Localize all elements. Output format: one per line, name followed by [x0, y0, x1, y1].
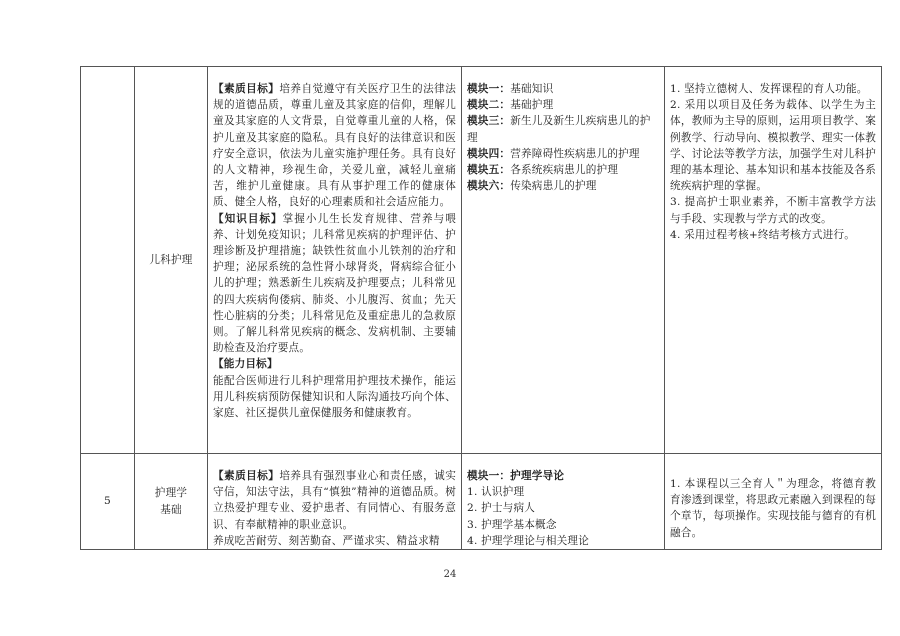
teaching-methods-cell: 1. 坚持立德树人、发挥课程的育人功能。 2. 采用以项目及任务为载体、以学生为…: [665, 67, 882, 454]
ability-goal-label: 【能力目标】: [213, 356, 456, 372]
course-goals-cell: 【素质目标】培养具有强烈事业心和责任感，诚实守信，知法守法，具有“慎独”精神的道…: [208, 454, 462, 550]
module-item: 模块三：新生儿及新生儿疾病患儿的护理: [467, 113, 659, 145]
knowledge-goal-text: 掌握小儿生长发育规律、营养与喂养、计划免疫知识；儿科常见疾病的护理评估、护理诊断…: [213, 213, 456, 355]
method-item: 1. 坚持立德树人、发挥课程的育人功能。: [670, 81, 876, 97]
row-index-cell: 5: [81, 454, 135, 550]
course-name-line: 护理学: [140, 485, 202, 501]
module-subitem: 4. 护理学理论与相关理论: [467, 533, 659, 549]
ability-goal-text: 能配合医师进行儿科护理常用护理技术操作，能运用儿科疾病预防保健知识和人际沟通技巧…: [213, 373, 456, 422]
method-item: 3. 提高护士职业素养，不断丰富教学方法与手段、实现教与学方式的改变。: [670, 194, 876, 226]
quality-goal-paragraph: 【素质目标】培养自觉遵守有关医疗卫生的法律法规的道德品质，尊重儿童及其家庭的信仰…: [213, 81, 456, 211]
curriculum-table: 儿科护理 【素质目标】培养自觉遵守有关医疗卫生的法律法规的道德品质，尊重儿童及其…: [80, 66, 882, 550]
module-item: 模块四：营养障碍性疾病患儿的护理: [467, 146, 659, 162]
course-name-cell: 儿科护理: [135, 67, 208, 454]
module-item: 模块一：基础知识: [467, 81, 659, 97]
course-goals-cell: 【素质目标】培养自觉遵守有关医疗卫生的法律法规的道德品质，尊重儿童及其家庭的信仰…: [208, 67, 462, 454]
module-item: 模块二：基础护理: [467, 97, 659, 113]
module-item: 模块六：传染病患儿的护理: [467, 178, 659, 194]
module-heading: 模块一：护理学导论: [467, 468, 659, 484]
module-subitem: 2. 护士与病人: [467, 500, 659, 516]
knowledge-goal-label: 【知识目标】: [213, 213, 283, 225]
table-row-pediatric-nursing: 儿科护理 【素质目标】培养自觉遵守有关医疗卫生的法律法规的道德品质，尊重儿童及其…: [81, 67, 882, 454]
method-item: 2. 采用以项目及任务为载体、以学生为主体，教师为主导的原则，运用项目教学、案例…: [670, 97, 876, 194]
module-subitem: 1. 认识护理: [467, 484, 659, 500]
page-number: 24: [0, 569, 900, 580]
quality-goal-text: 培养自觉遵守有关医疗卫生的法律法规的道德品质，尊重儿童及其家庭的信仰，理解儿童及…: [213, 83, 456, 208]
row-index-cell: [81, 67, 135, 454]
quality-goal-paragraph: 【素质目标】培养具有强烈事业心和责任感，诚实守信，知法守法，具有“慎独”精神的道…: [213, 468, 456, 533]
method-item: 1. 本课程以三全育人＂为理念，将德育教育渗透到课堂，将思政元素融入到课程的每个…: [670, 476, 876, 541]
document-page: 儿科护理 【素质目标】培养自觉遵守有关医疗卫生的法律法规的道德品质，尊重儿童及其…: [0, 0, 900, 636]
course-name-cell: 护理学 基础: [135, 454, 208, 550]
course-name-line: 基础: [140, 502, 202, 518]
module-item: 模块五：各系统疾病患儿的护理: [467, 162, 659, 178]
table-row-nursing-basics: 5 护理学 基础 【素质目标】培养具有强烈事业心和责任感，诚实守信，知法守法，具…: [81, 454, 882, 550]
module-subitem: 3. 护理学基本概念: [467, 517, 659, 533]
course-modules-cell: 模块一：护理学导论 1. 认识护理 2. 护士与病人 3. 护理学基本概念 4.…: [462, 454, 665, 550]
teaching-methods-cell: 1. 本课程以三全育人＂为理念，将德育教育渗透到课堂，将思政元素融入到课程的每个…: [665, 454, 882, 550]
quality-goal-extra-text: 养成吃苦耐劳、刻苦勤奋、严谨求实、精益求精: [213, 533, 456, 549]
method-item: 4. 采用过程考核+终结考核方式进行。: [670, 227, 876, 243]
knowledge-goal-paragraph: 【知识目标】掌握小儿生长发育规律、营养与喂养、计划免疫知识；儿科常见疾病的护理评…: [213, 211, 456, 357]
course-modules-cell: 模块一：基础知识 模块二：基础护理 模块三：新生儿及新生儿疾病患儿的护理 模块四…: [462, 67, 665, 454]
quality-goal-label: 【素质目标】: [213, 83, 279, 95]
quality-goal-label: 【素质目标】: [213, 470, 279, 482]
